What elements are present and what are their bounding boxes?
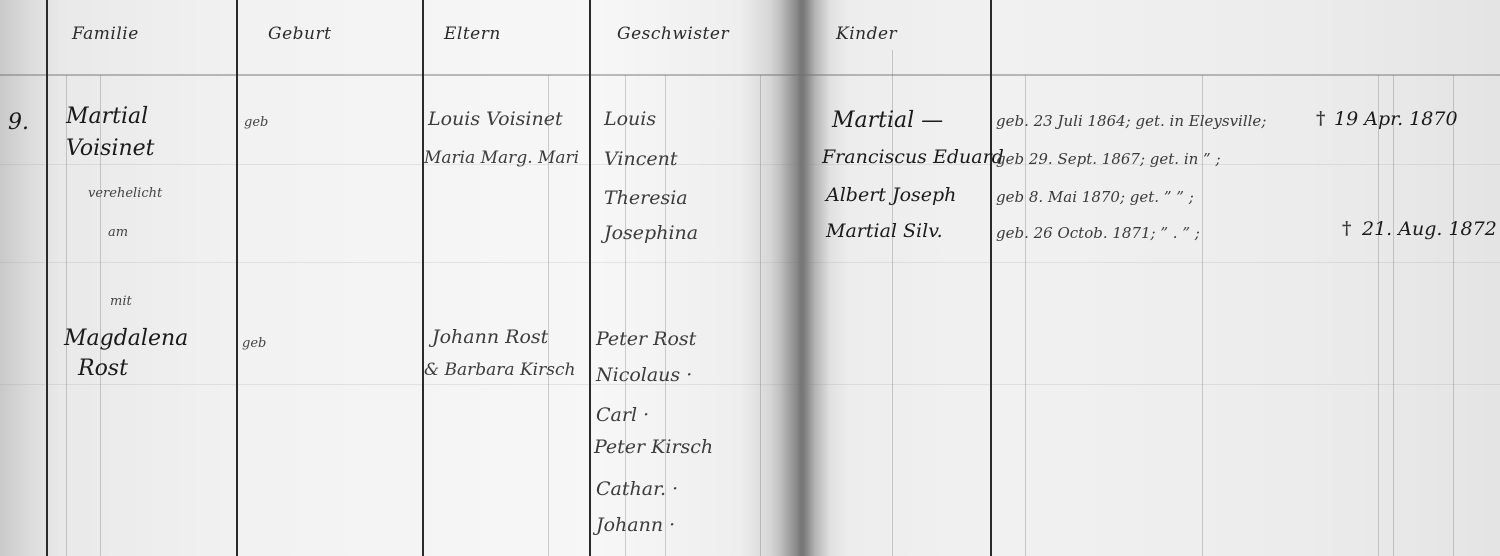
wife-birth-label: geb <box>242 336 266 351</box>
header-kinder: Kinder <box>836 24 897 44</box>
ruled-line <box>0 384 1500 385</box>
husband-mother: Maria Marg. Mari <box>424 148 579 168</box>
husband-sibling: Theresia <box>604 187 688 209</box>
wife-surname: Rost <box>78 356 128 381</box>
wife-first-name: Magdalena <box>64 326 188 351</box>
wife-sibling: Cathar. · <box>596 478 678 500</box>
column-rule <box>236 0 238 556</box>
sub-column-rule <box>1393 75 1394 556</box>
connector-mit: mit <box>110 294 132 309</box>
sub-column-rule <box>1025 75 1026 556</box>
entry-number: 9. <box>8 110 29 135</box>
wife-sibling: Nicolaus · <box>596 364 692 386</box>
husband-first-name: Martial <box>66 104 148 129</box>
wife-sibling: Carl · <box>596 404 649 426</box>
header-geburt: Geburt <box>268 24 331 44</box>
child-death-date: 21. Aug. 1872 <box>1362 218 1497 240</box>
ruled-line <box>0 262 1500 263</box>
column-rule <box>46 0 48 556</box>
husband-sibling: Louis <box>604 108 656 130</box>
husband-birth-label: geb <box>244 115 268 130</box>
wife-sibling: Peter Kirsch <box>594 436 713 458</box>
marriage-date-label: am <box>108 225 128 240</box>
header-separator <box>0 74 1500 76</box>
header-familie: Familie <box>72 24 139 44</box>
husband-sibling: Vincent <box>604 148 677 170</box>
child-details: geb. 23 Juli 1864; get. in Eleysville; <box>996 112 1266 130</box>
register-page: Familie Geburt Eltern Geschwister Kinder… <box>0 0 1500 556</box>
sub-column-rule <box>1453 75 1454 556</box>
column-rule <box>990 0 992 556</box>
marriage-note: verehelicht <box>88 186 162 201</box>
child-name: Martial — <box>832 108 943 133</box>
death-cross-icon: † <box>1316 108 1325 129</box>
sub-column-rule <box>1378 75 1379 556</box>
child-details: geb 29. Sept. 1867; get. in ” ; <box>996 150 1221 168</box>
child-details: geb. 26 Octob. 1871; ” . ” ; <box>996 224 1200 242</box>
ruled-line <box>0 164 1500 165</box>
child-name: Albert Joseph <box>826 184 956 206</box>
header-geschwister: Geschwister <box>617 24 729 44</box>
child-death-date: 19 Apr. 1870 <box>1334 108 1458 130</box>
child-name: Franciscus Eduard <box>822 146 1004 168</box>
wife-father: Johann Rost <box>432 326 548 348</box>
sub-column-rule <box>1202 75 1203 556</box>
column-rule <box>422 0 424 556</box>
wife-sibling: Johann · <box>596 514 675 536</box>
husband-sibling: Josephina <box>604 222 698 244</box>
book-gutter-shadow <box>770 0 830 556</box>
wife-sibling: Peter Rost <box>596 328 696 350</box>
header-eltern: Eltern <box>444 24 501 44</box>
child-name: Martial Silv. <box>826 220 943 242</box>
husband-surname: Voisinet <box>66 136 155 161</box>
column-rule <box>589 0 591 556</box>
death-cross-icon: † <box>1342 218 1351 239</box>
husband-father: Louis Voisinet <box>428 108 563 130</box>
sub-column-rule <box>760 75 761 556</box>
child-details: geb 8. Mai 1870; get. ” ” ; <box>996 188 1194 206</box>
wife-mother: & Barbara Kirsch <box>424 360 575 380</box>
